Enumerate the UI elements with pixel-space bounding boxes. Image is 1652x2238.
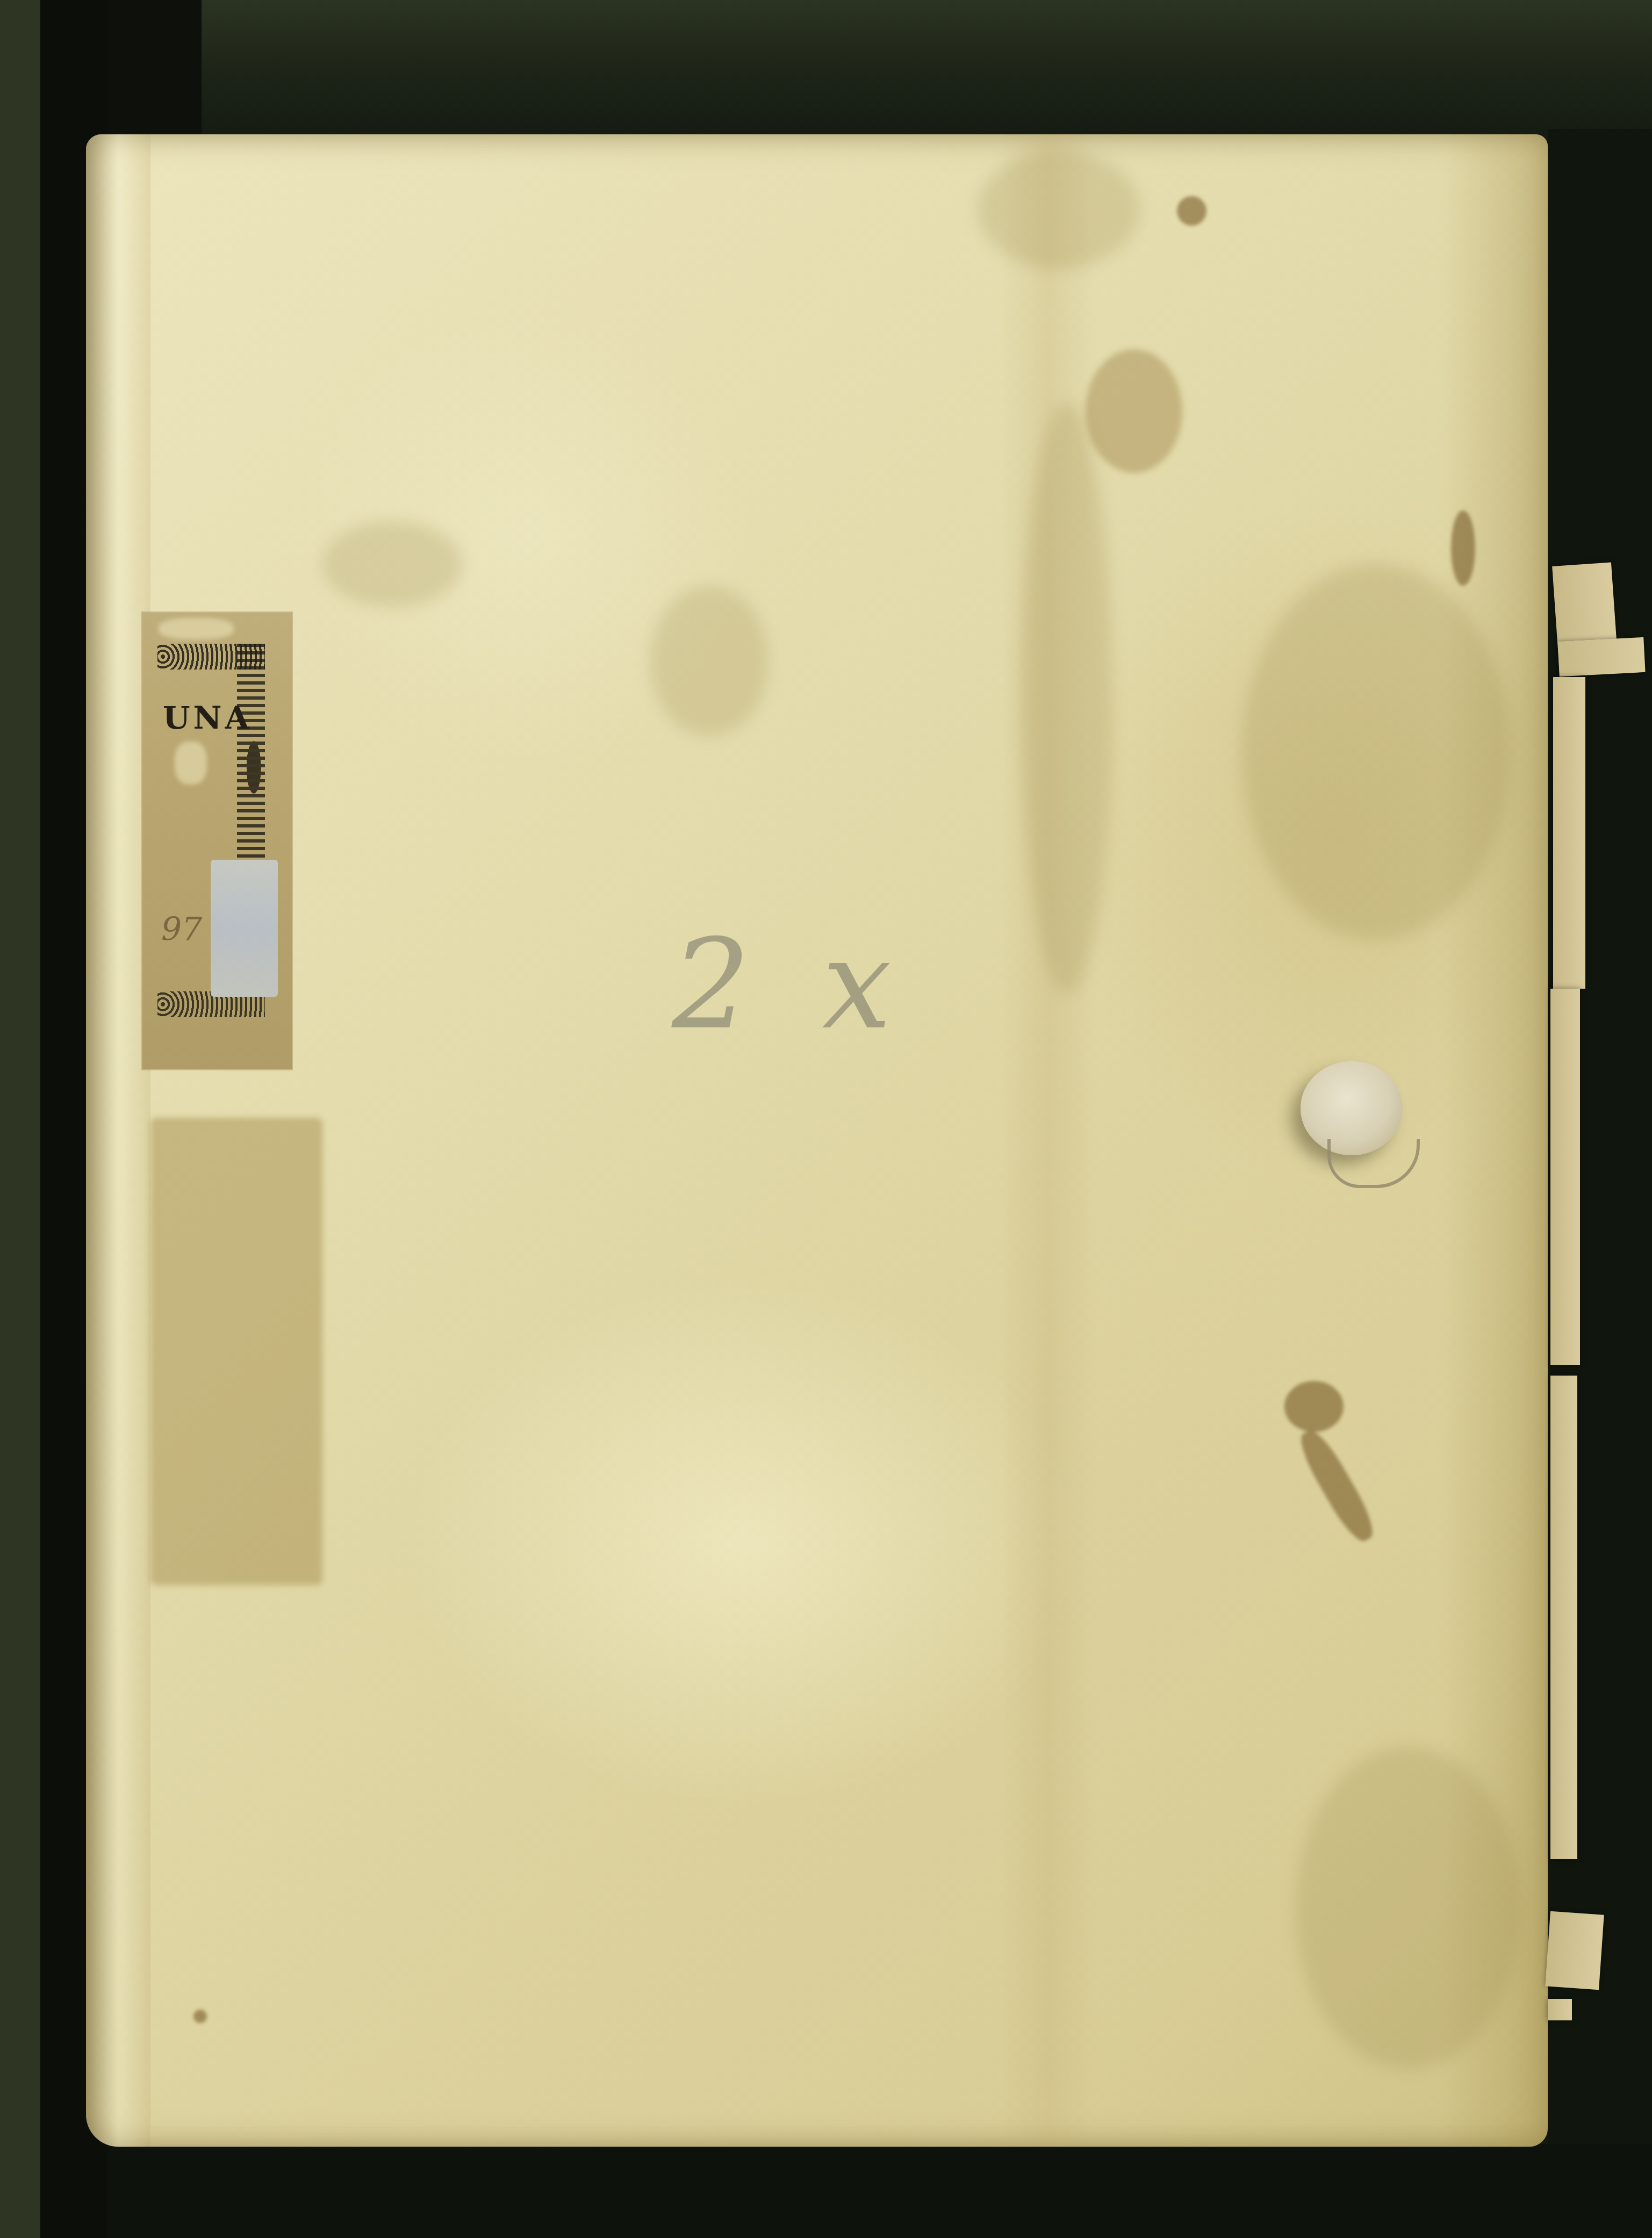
stain-spot-bottom-left	[193, 2010, 207, 2023]
spine-label: UNA 97	[142, 613, 292, 1069]
stain-lower-spine-patch	[150, 1118, 322, 1585]
edge-strip	[1550, 1376, 1577, 1859]
label-handwritten-number: 97	[161, 911, 202, 948]
stain-comma-right	[1451, 510, 1475, 586]
paper-patch	[211, 860, 278, 997]
stain-top-center	[978, 150, 1139, 269]
ornament-border-side	[237, 644, 265, 891]
teardrop-stain-head	[1284, 1381, 1344, 1432]
edge-strip	[1553, 677, 1585, 989]
edge-strip	[1548, 1999, 1572, 2020]
label-worn-area	[159, 618, 234, 639]
edge-strip	[1550, 989, 1580, 1365]
spine-shading	[86, 134, 150, 2147]
background-top	[202, 0, 1652, 140]
background-top-left	[107, 0, 202, 150]
stain-smudge-center	[650, 586, 768, 736]
stain-bottom-right	[1295, 1746, 1521, 2069]
background-olive-strip	[0, 0, 40, 2238]
stain-spot-top	[1177, 196, 1206, 226]
teardrop-stain-tail	[1293, 1425, 1381, 1547]
stain-top-drip	[1086, 349, 1182, 473]
stain-smudge-left	[322, 521, 462, 607]
stain-right-area	[1241, 564, 1510, 940]
stain-mid-vertical	[1021, 403, 1112, 994]
label-worn-area	[175, 742, 207, 785]
edge-strip	[1545, 1911, 1604, 1990]
cover-handwritten-mark: 2 x	[672, 913, 908, 1057]
edge-strip	[1557, 637, 1645, 677]
background-bottom	[107, 2144, 1652, 2238]
label-printed-text: UNA	[163, 700, 253, 736]
